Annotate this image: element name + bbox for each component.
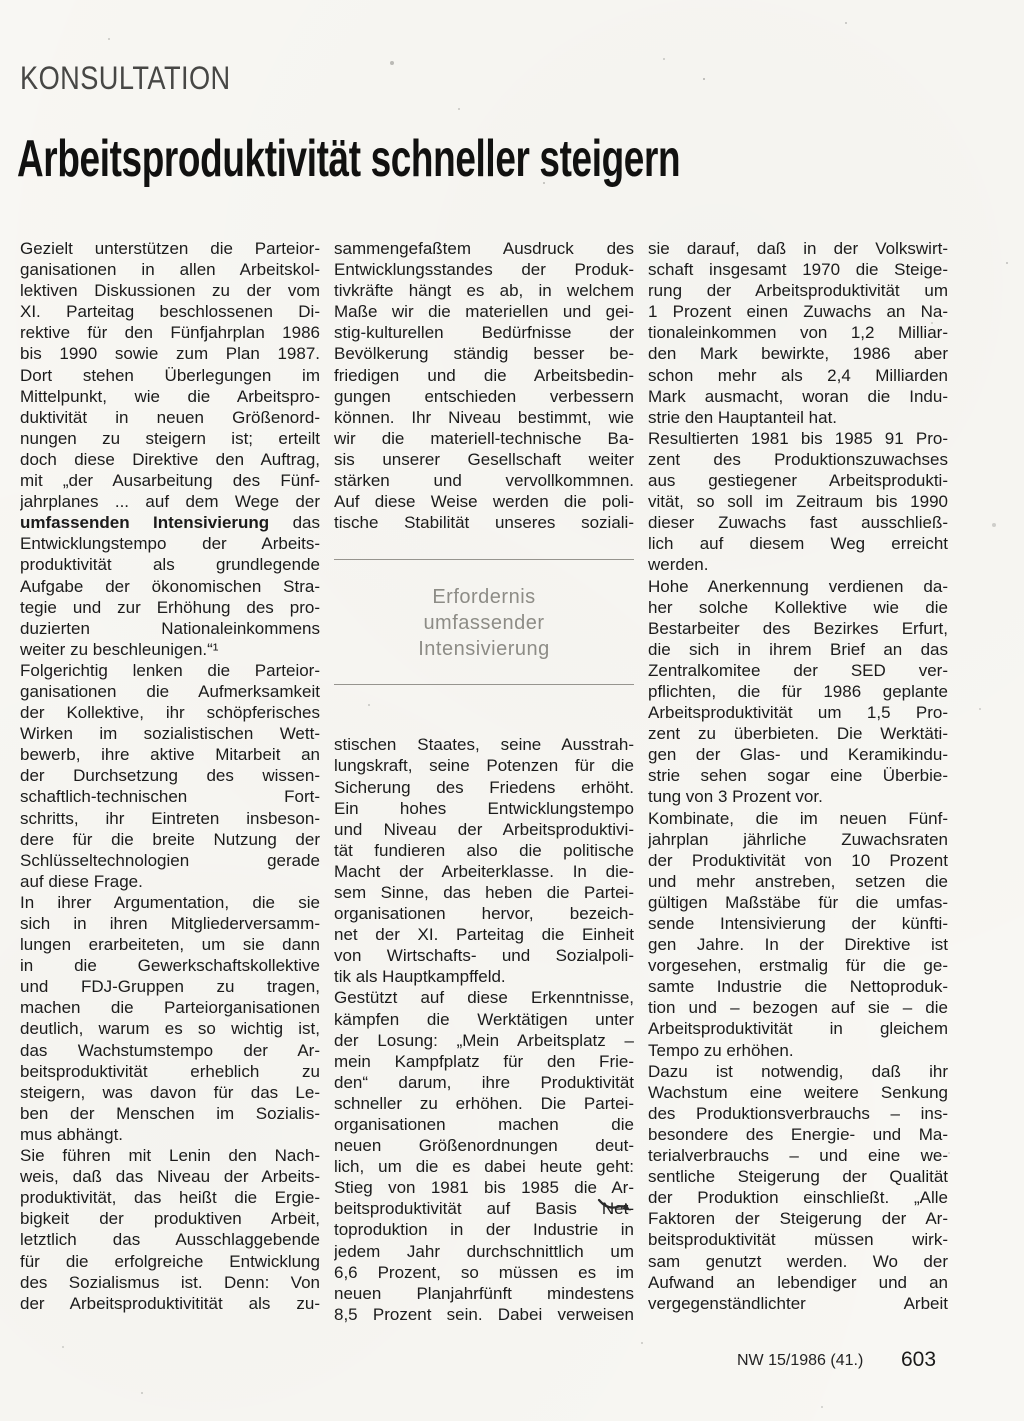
text-line: pflichten, die für 1986 geplante [648,681,948,702]
text-line: Aufgabe der ökonomischen Stra- [20,576,320,597]
text-line: neuen Größenordnungen deut- [334,1135,634,1156]
page-number: 603 [901,1348,936,1372]
text-line: gen der Glas- und Keramikindu- [648,744,948,765]
text-line: den Mark bewirkte, 1986 aber [648,343,948,364]
text-line: Entwicklungstempo der Arbeits- [20,533,320,554]
text-line: umfassenden Intensivierung das [20,512,320,533]
text-line: gen Jahre. In der Direktive ist [648,934,948,955]
text-line: letztlich das Ausschlaggebende [20,1229,320,1250]
text-line: werden. [648,554,948,575]
text-line: sende Intensivierung der künfti- [648,913,948,934]
text-line: tische Stabilität unseres soziali- [334,512,634,533]
text-line: für die erfolgreiche Entwicklung [20,1251,320,1272]
text-line: sis unserer Gesellschaft weiter [334,449,634,470]
text-line: Resultierten 1981 bis 1985 91 Pro- [648,428,948,449]
article-body: Gezielt unterstützen die Parteior-ganisa… [20,238,948,1325]
text-line: Arbeitsproduktivität um 1,5 Pro- [648,702,948,723]
text-line: schon mehr als 2,4 Milliarden [648,365,948,386]
text-line: vität, so soll im Zeitraum bis 1990 [648,491,948,512]
text-line: her solche Kollektive wie die [648,597,948,618]
text-line: tegie und zur Erhöhung des pro- [20,597,320,618]
text-line: der Kollektive, ihr schöpferisches [20,702,320,723]
text-line: ganisationen in allen Arbeitskol- [20,259,320,280]
text-line: bigkeit der produktiven Arbeit, [20,1208,320,1229]
text-line: mit „der Ausarbeitung des Fünf- [20,470,320,491]
text-line: zent zu überbieten. Die Werktäti- [648,723,948,744]
text-line: Entwicklungsstandes der Produk- [334,259,634,280]
article-title: Arbeitsproduktivität schneller steigern [17,129,680,189]
text-line: weiter zu beschleunigen.“¹ [20,639,320,660]
text-line: produktivität, das heißt die Ergie- [20,1187,320,1208]
text-line: Zentralkomitee der SED ver- [648,660,948,681]
text-line: der Produktion einschließt. „Alle [648,1187,948,1208]
text-line: der Durchsetzung des wissen- [20,765,320,786]
text-line: Wachstum eine weitere Senkung [648,1082,948,1103]
text-line: schritts, ihr Eintreten insbeson- [20,808,320,829]
text-line: duktivität in neuen Größenord- [20,407,320,428]
text-line: gungen entschieden verbessern [334,386,634,407]
text-line: strie den Hauptanteil hat. [648,407,948,428]
text-line: stischen Staates, seine Ausstrah- [334,734,634,755]
text-line: net der XI. Parteitag die Einheit [334,924,634,945]
text-line: beitsproduktivität auf Basis Net- [334,1198,634,1219]
text-line: Tempo zu erhöhen. [648,1040,948,1061]
text-line: sammengefaßtem Ausdruck des [334,238,634,259]
text-line: sich in ihren Mitgliederversamm- [20,913,320,934]
text-line: stärken und vervollkommnen. [334,470,634,491]
text-line: Gezielt unterstützen die Parteior- [20,238,320,259]
text-line: der Produktivität von 10 Prozent [648,850,948,871]
text-line: terialverbrauchs – und eine we- [648,1145,948,1166]
magazine-page: KONSULTATION Arbeitsproduktivität schnel… [0,0,1024,1421]
text-line: in die Gewerkschaftskollektive [20,955,320,976]
pen-mark [597,1194,631,1216]
text-line: nungen zu steigern ist; erteilt [20,428,320,449]
text-line: Wirken im sozialistischen Wett- [20,723,320,744]
text-line: Schlüsseltechnologien gerade [20,850,320,871]
text-line: lich, um die es dabei heute geht: [334,1156,634,1177]
text-column-1: Gezielt unterstützen die Parteior-ganisa… [20,238,320,1325]
text-line: vergegenständlichter Arbeit [648,1293,948,1314]
text-line: neuen Planjahrfünft mindestens [334,1283,634,1304]
text-line: Sicherung des Friedens erhöht. [334,777,634,798]
text-line: 1 Prozent einen Zuwachs an Na- [648,301,948,322]
text-line: mein Kampfplatz für den Frie- [334,1051,634,1072]
text-line: stig-kulturellen Bedürfnisse der [334,322,634,343]
text-line: lungen erarbeiteten, um sie dann [20,934,320,955]
text-line: gültigen Maßstäbe für die umfas- [648,892,948,913]
text-line: besondere des Energie- und Ma- [648,1124,948,1145]
text-line: Macht der Arbeiterklasse. In die- [334,861,634,882]
text-line: bewerb, ihre aktive Mitarbeit an [20,744,320,765]
text-line: Stieg von 1981 bis 1985 die Ar- [334,1177,634,1198]
text-line: 8,5 Prozent sein. Dabei verweisen [334,1304,634,1325]
text-line: organisationen hervor, bezeich- [334,903,634,924]
text-line: sie darauf, daß in der Volkswirt- [648,238,948,259]
text-line: der Losung: „Mein Arbeitsplatz – [334,1030,634,1051]
pull-quote: ErfordernisumfassenderIntensivierung [334,559,634,685]
text-line: Auf diese Weise werden die poli- [334,491,634,512]
text-line: tion und – bezogen auf sie – die [648,997,948,1018]
text-line: machen die Parteiorganisationen [20,997,320,1018]
text-line: wir die materiell-technische Ba- [334,428,634,449]
text-line: lich auf diesem Weg erreicht [648,533,948,554]
text-line: können. Ihr Niveau bestimmt, wie [334,407,634,428]
text-line: tionaleinkommen von 1,2 Milliar- [648,322,948,343]
text-line: ganisationen die Aufmerksamkeit [20,681,320,702]
text-line: schaftlich-technischen Fort- [20,786,320,807]
pull-quote-line: umfassender [334,610,634,636]
text-line: kämpfen die Werktätigen unter [334,1009,634,1030]
text-line: steigern, was davon für das Le- [20,1082,320,1103]
text-line: Faktoren der Steigerung der Ar- [648,1208,948,1229]
text-line: zent des Produktionszuwachses [648,449,948,470]
text-line: beitsproduktivität müssen wirk- [648,1229,948,1250]
text-line: bis 1990 sowie zum Plan 1987. [20,343,320,364]
text-line: Gestützt auf diese Erkenntnisse, [334,987,634,1008]
text-line: rung der Arbeitsproduktivität um [648,280,948,301]
text-line: Bestarbeiter des Bezirkes Erfurt, [648,618,948,639]
text-line: vorgesehen, erstmalig für die ge- [648,955,948,976]
text-line: Hohe Anerkennung verdienen da- [648,576,948,597]
text-line: Aufwand an lebendiger und an [648,1272,948,1293]
text-line: auf diese Frage. [20,871,320,892]
text-line: und FDJ-Gruppen zu tragen, [20,976,320,997]
text-line: der Arbeitsproduktivitität als zu- [20,1293,320,1314]
text-line: 6,6 Prozent, so müssen es im [334,1262,634,1283]
text-line: jahrplanes ... auf dem Wege der [20,491,320,512]
text-line: tät fundieren also die politische [334,840,634,861]
text-line: produktivität als grundlegende [20,554,320,575]
text-line: und Niveau der Arbeitsproduktivi- [334,819,634,840]
text-line: lungskraft, seine Potenzen für die [334,755,634,776]
text-line: strie sehen sogar eine Überbie- [648,765,948,786]
journal-reference: NW 15/1986 (41.) [737,1352,863,1370]
text-line: tivkräfte hängt es ab, in welchem [334,280,634,301]
text-line: doch diese Direktive den Auftrag, [20,449,320,470]
text-column-3: sie darauf, daß in der Volkswirt-schaft … [648,238,948,1325]
text-line: organisationen machen die [334,1114,634,1135]
text-line: tik als Hauptkampffeld. [334,966,634,987]
text-line: dere für die breite Nutzung der [20,829,320,850]
text-line: schaft insgesamt 1970 die Steige- [648,259,948,280]
text-line: rektive für den Fünfjahrplan 1986 [20,322,320,343]
text-line: dieser Zuwachs fast ausschließ- [648,512,948,533]
text-line: ben der Menschen im Sozialis- [20,1103,320,1124]
text-line: aus gestiegener Arbeitsprodukti- [648,470,948,491]
bold-phrase: umfassenden Intensivierung [20,513,269,532]
text-line: Bevölkerung ständig besser be- [334,343,634,364]
text-line: Dazu ist notwendig, daß ihr [648,1061,948,1082]
scan-noise [0,0,2,2]
text-line: Ein hohes Entwicklungstempo [334,798,634,819]
text-line: sem Sinne, das heben die Partei- [334,882,634,903]
text-line: In ihrer Argumentation, die sie [20,892,320,913]
text-line: beitsproduktivität erheblich zu [20,1061,320,1082]
text-line: Mark ausmacht, woran die Indu- [648,386,948,407]
text-line: deutlich, warum es so wichtig ist, [20,1018,320,1039]
text-line: das Wachstumstempo der Ar- [20,1040,320,1061]
text-line: jedem Jahr durchschnittlich um [334,1241,634,1262]
text-line: weis, daß das Niveau der Arbeits- [20,1166,320,1187]
pull-quote-line: Intensivierung [334,636,634,662]
text-line: XI. Parteitag beschlossenen Di- [20,301,320,322]
text-line: sam genutzt werden. Wo der [648,1251,948,1272]
text-line: mus abhängt. [20,1124,320,1145]
text-line: Folgerichtig lenken die Parteior- [20,660,320,681]
text-line: die sich in ihrem Brief an das [648,639,948,660]
text-line: duzierten Nationaleinkommens [20,618,320,639]
text-line: des Sozialismus ist. Denn: Von [20,1272,320,1293]
text-line: schneller zu erhöhen. Die Partei- [334,1093,634,1114]
text-line: tung von 3 Prozent vor. [648,786,948,807]
pull-quote-line: Erfordernis [334,584,634,610]
text-line: lektiven Diskussionen zu der vom [20,280,320,301]
text-line: von Wirtschafts- und Sozialpoli- [334,945,634,966]
text-line: Kombinate, die im neuen Fünf- [648,808,948,829]
text-line: Mittelpunkt, wie die Arbeitspro- [20,386,320,407]
text-line: Arbeitsproduktivität in gleichem [648,1018,948,1039]
text-line: sentliche Steigerung der Qualität [648,1166,948,1187]
text-line: samte Industrie die Nettoproduk- [648,976,948,997]
section-kicker: KONSULTATION [20,60,231,97]
text-line: Dort stehen Überlegungen im [20,365,320,386]
text-line: Sie führen mit Lenin den Nach- [20,1145,320,1166]
text-line: toproduktion in der Industrie in [334,1219,634,1240]
text-column-2: sammengefaßtem Ausdruck desEntwicklungss… [334,238,634,1325]
text-line: Maße wir die materiellen und gei- [334,301,634,322]
text-line: den“ darum, ihre Produktivität [334,1072,634,1093]
text-line: des Produktionsverbrauchs – ins- [648,1103,948,1124]
text-line: friedigen und die Arbeitsbedin- [334,365,634,386]
text-line: und mehr anstreben, setzen die [648,871,948,892]
text-line: jahrplan jährliche Zuwachsraten [648,829,948,850]
